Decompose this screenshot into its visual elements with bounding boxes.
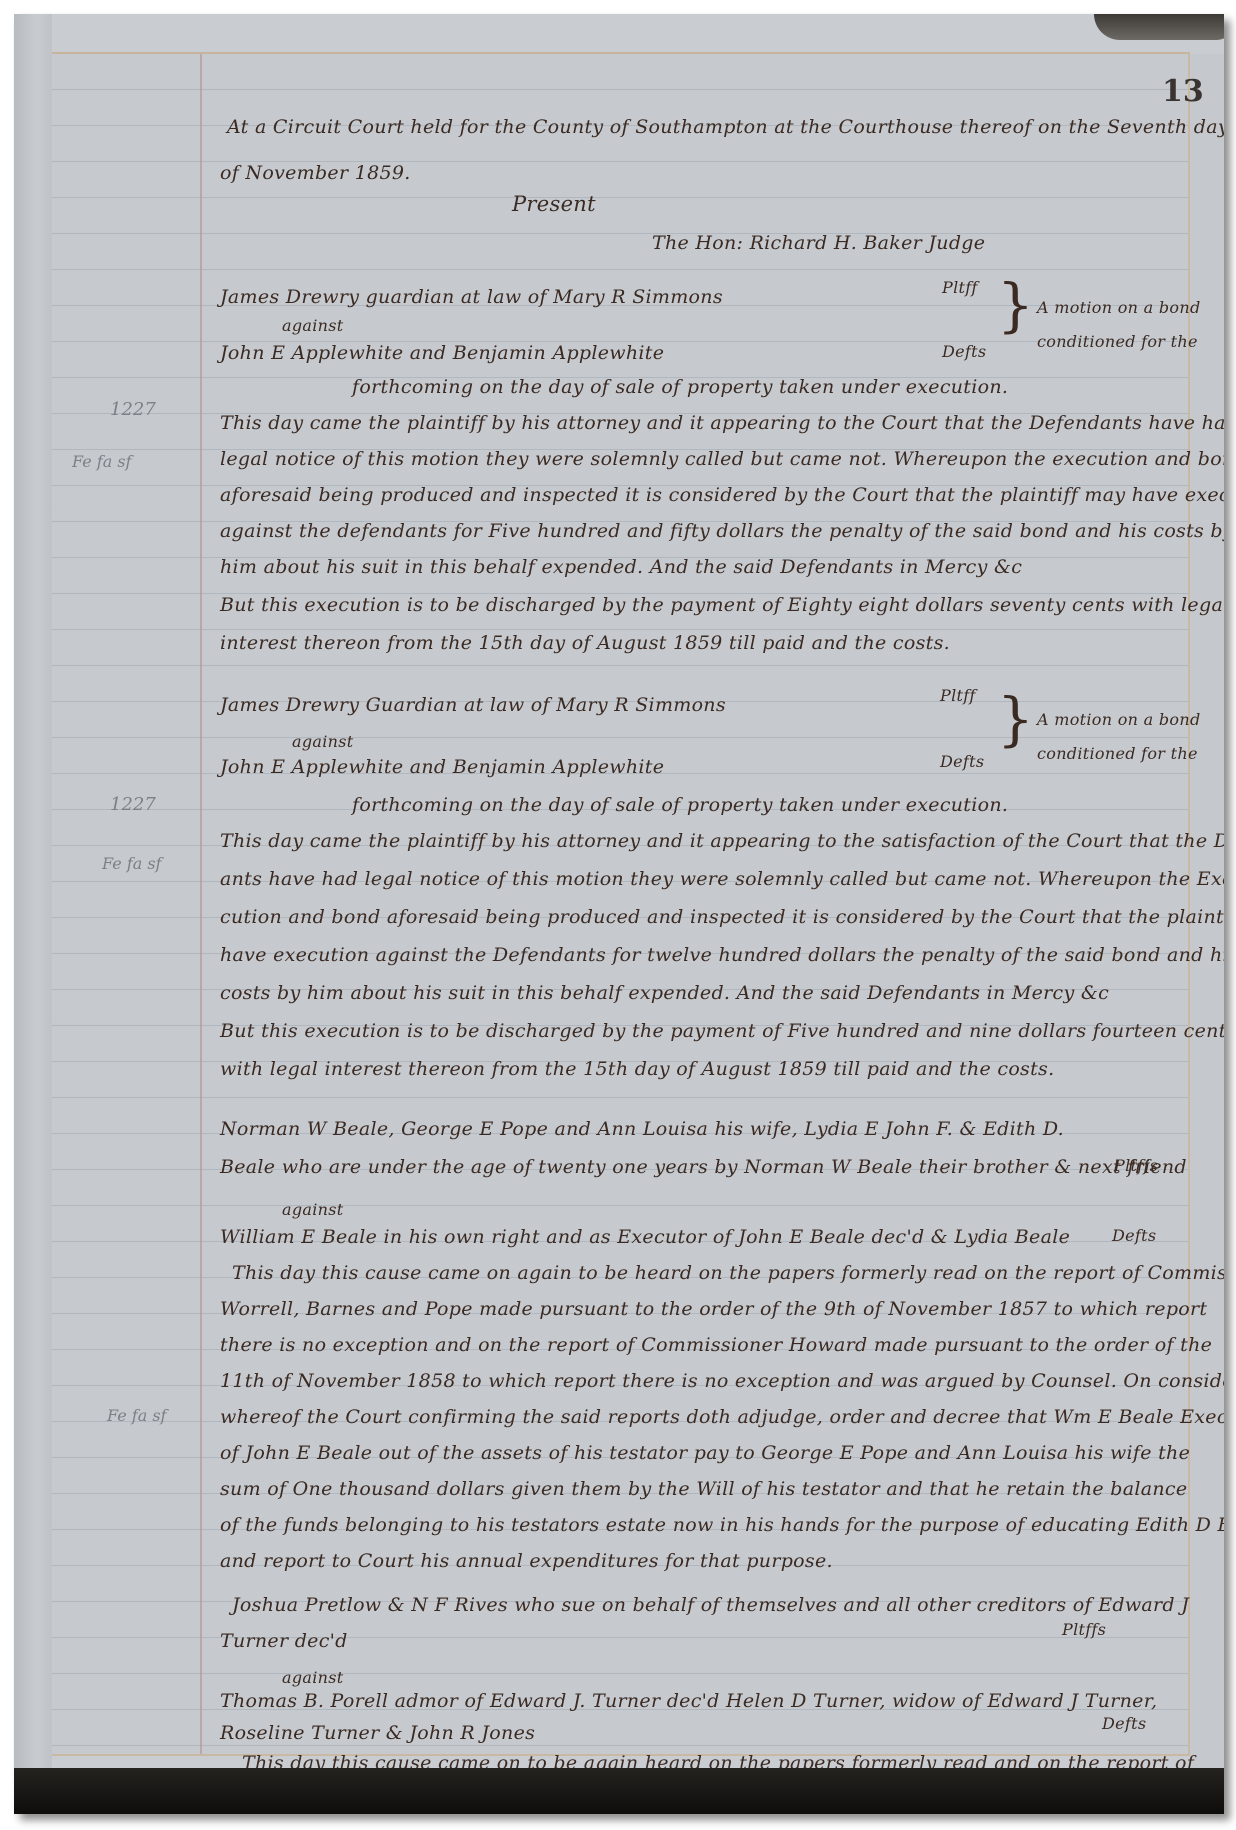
plaintiff-label: Pltff <box>940 686 976 705</box>
case-body-line: costs by him about his suit in this beha… <box>220 982 1109 1004</box>
case-body-line: This day this cause came on again to be … <box>232 1262 1224 1284</box>
facing-page-edge <box>14 14 52 1774</box>
case-defendant: John E Applewhite and Benjamin Applewhit… <box>220 342 664 364</box>
brace-mark: } <box>997 276 1034 334</box>
header-line-1: At a Circuit Court held for the County o… <box>227 116 1224 138</box>
margin-note: Fe fa sf <box>102 854 161 873</box>
margin-note: Fe fa sf <box>72 452 131 471</box>
case-body-line: ants have had legal notice of this motio… <box>220 868 1224 890</box>
margin-case-number: 1227 <box>110 794 156 815</box>
case-subject: forthcoming on the day of sale of proper… <box>352 376 1008 398</box>
against-label: against <box>282 1668 343 1687</box>
case-body-line: of John E Beale out of the assets of his… <box>220 1442 1190 1464</box>
case-body-line: and report to Court his annual expenditu… <box>220 1550 833 1572</box>
case-body-line: But this execution is to be discharged b… <box>220 594 1224 616</box>
header-line-2: of November 1859. <box>220 162 411 184</box>
case-body-line: This day came the plaintiff by his attor… <box>220 412 1224 434</box>
page-number: 13 <box>1162 74 1204 109</box>
case-body-line: This day came the plaintiff by his attor… <box>220 830 1224 852</box>
margin-case-number: 1227 <box>110 399 156 420</box>
case-body-line: Worrell, Barnes and Pope made pursuant t… <box>220 1298 1207 1320</box>
book-binding-bottom <box>14 1768 1224 1814</box>
judge-line: The Hon: Richard H. Baker Judge <box>652 232 985 254</box>
defendant-label: Defts <box>942 342 986 361</box>
ledger-page: 13 At a Circuit Court held for the Count… <box>52 52 1190 1756</box>
defendant-label: Defts <box>1112 1226 1156 1245</box>
case-body-line: 11th of November 1858 to which report th… <box>220 1370 1224 1392</box>
case-plaintiff: Norman W Beale, George E Pope and Ann Lo… <box>220 1118 1064 1140</box>
plaintiff-label: Pltffs <box>1062 1620 1106 1639</box>
case-body-line: aforesaid being produced and inspected i… <box>220 484 1224 506</box>
case-defendant: John E Applewhite and Benjamin Applewhit… <box>220 756 664 778</box>
case-body-line: with legal interest thereon from the 15t… <box>220 1058 1054 1080</box>
case-body-line: against the defendants for Five hundred … <box>220 520 1224 542</box>
case-body-line: interest thereon from the 15th day of Au… <box>220 632 950 654</box>
margin-rule <box>200 54 202 1754</box>
margin-note: Fe fa sf <box>107 1406 166 1425</box>
case-plaintiff: James Drewry guardian at law of Mary R S… <box>220 286 723 308</box>
case-body-line: have execution against the Defendants fo… <box>220 944 1224 966</box>
plaintiff-label: Pltff <box>942 278 978 297</box>
plaintiff-label: Pltffs <box>1114 1156 1158 1175</box>
case-defendant: Thomas B. Porell admor of Edward J. Turn… <box>220 1690 1157 1712</box>
ledger-photo: 13 At a Circuit Court held for the Count… <box>14 14 1224 1814</box>
defendant-label: Defts <box>1102 1714 1146 1733</box>
case-body-line: legal notice of this motion they were so… <box>220 448 1224 470</box>
case-subject: forthcoming on the day of sale of proper… <box>352 794 1008 816</box>
case-body-line: cution and bond aforesaid being produced… <box>220 906 1224 928</box>
case-body-line: But this execution is to be discharged b… <box>220 1020 1224 1042</box>
brace-note-2: conditioned for the <box>1037 332 1198 351</box>
brace-note-1: A motion on a bond <box>1037 710 1201 729</box>
case-defendant: William E Beale in his own right and as … <box>220 1226 1070 1248</box>
brace-note-1: A motion on a bond <box>1037 298 1201 317</box>
book-binding-top <box>1094 14 1224 40</box>
case-plaintiff: Turner dec'd <box>220 1630 348 1652</box>
case-body-line: him about his suit in this behalf expend… <box>220 556 1022 578</box>
against-label: against <box>282 1200 343 1219</box>
against-label: against <box>292 732 353 751</box>
present-heading: Present <box>512 192 596 216</box>
case-body-line: of the funds belonging to his testators … <box>220 1514 1224 1536</box>
case-defendant: Roseline Turner & John R Jones <box>220 1722 535 1744</box>
brace-note-2: conditioned for the <box>1037 744 1198 763</box>
against-label: against <box>282 316 343 335</box>
case-plaintiff: James Drewry Guardian at law of Mary R S… <box>220 694 726 716</box>
case-plaintiff: Joshua Pretlow & N F Rives who sue on be… <box>232 1594 1189 1616</box>
case-plaintiff: Beale who are under the age of twenty on… <box>220 1156 1187 1178</box>
case-body-line: there is no exception and on the report … <box>220 1334 1212 1356</box>
defendant-label: Defts <box>940 752 984 771</box>
brace-mark: } <box>997 690 1034 748</box>
case-body-line: whereof the Court confirming the said re… <box>220 1406 1224 1428</box>
case-body-line: sum of One thousand dollars given them b… <box>220 1478 1187 1500</box>
